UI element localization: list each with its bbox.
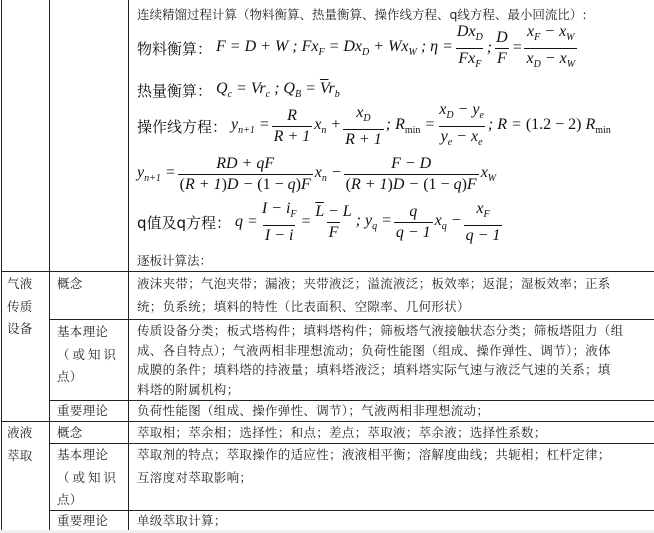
formula-part: xn + bbox=[314, 116, 341, 136]
row-type-concept: 概念 bbox=[57, 273, 83, 296]
document-page: 连续精馏过程计算（物料衡算、热量衡算、操作线方程、q线方程、最小回流比）: 物料… bbox=[0, 0, 654, 533]
stripping-line-formula: yn+1 = RD + qF(R + 1)D − (1 − q)F xn − F… bbox=[137, 152, 496, 196]
row-type-key-theory: 重要理论 bbox=[57, 400, 108, 423]
fraction: xF − xWxD − xW bbox=[524, 22, 577, 75]
operating-line-label: 操作线方程： bbox=[137, 116, 227, 137]
formula-part: xn − bbox=[315, 164, 342, 184]
basic-theory-content: 传质设备分类；板式塔构件；填料塔构件；筛板塔气液接触状态分类；筛板塔阻力（组 成… bbox=[137, 321, 623, 399]
formula-part: ; bbox=[487, 39, 492, 57]
formula-part: = bbox=[512, 39, 523, 57]
formula-part: Qc = Vrc ; QB = Vrb bbox=[216, 80, 340, 100]
category-gas-liquid-equipment: 气液 传质 设备 bbox=[7, 273, 33, 341]
fraction: xDR + 1 bbox=[343, 103, 384, 150]
operating-line-formula: 操作线方程： yn+1 = RR + 1 xn + xDR + 1 ; Rmin… bbox=[137, 104, 611, 148]
row-border bbox=[49, 319, 654, 320]
category-liquid-liquid-extraction: 液液 萃取 bbox=[7, 422, 33, 467]
fraction: I − iFI − i bbox=[260, 199, 299, 246]
concept-content: 萃取相；萃余相；选择性；和点；差点；萃取液；萃余液；选择性系数； bbox=[137, 422, 547, 445]
fraction: DxDFxF bbox=[455, 22, 485, 75]
fraction: L − LF bbox=[313, 202, 353, 243]
fraction: xFq − 1 bbox=[464, 199, 503, 246]
continuous-distillation-intro: 连续精馏过程计算（物料衡算、热量衡算、操作线方程、q线方程、最小回流比）: bbox=[137, 5, 587, 23]
formula-part: yn+1 = bbox=[231, 116, 270, 136]
fraction: F − D(R + 1)D − (1 − q)F bbox=[344, 154, 479, 195]
q-line-formula: q值及q方程： q = I − iFI − i = L − LF ; yq = … bbox=[137, 200, 504, 244]
formula-part: ; yq = bbox=[356, 212, 392, 232]
table-left-border bbox=[1, 0, 2, 530]
basic-theory-content: 萃取剂的特点；萃取操作的适应性；液液相平衡；溶解度曲线；共轭相；杠杆定律； 互溶… bbox=[137, 444, 611, 489]
fraction: xD − yeye − xe bbox=[437, 100, 486, 153]
column-divider-1 bbox=[49, 0, 50, 530]
formula-part: ; R = (1.2 − 2) Rmin bbox=[488, 116, 611, 136]
formula-part: yn+1 = bbox=[137, 164, 176, 184]
formula-part: xq − bbox=[435, 212, 462, 232]
row-type-basic-theory: 基本理论 （或知识 点） bbox=[57, 321, 119, 389]
key-theory-content: 负荷性能图（组成、操作弹性、调节）；气液两相非理想流动； bbox=[137, 400, 489, 423]
row-type-concept: 概念 bbox=[57, 422, 83, 445]
row-type-basic-theory: 基本理论 （或知识 点） bbox=[57, 444, 119, 512]
material-balance-label: 物料衡算： bbox=[137, 38, 212, 59]
fraction: DF bbox=[494, 28, 510, 69]
stepwise-calculation-text: 逐板计算法： bbox=[137, 251, 212, 269]
formula-part: xW bbox=[481, 164, 496, 184]
heat-balance-formula: 热量衡算： Qc = Vrc ; QB = Vrb bbox=[137, 78, 340, 102]
formula-part: = bbox=[301, 213, 312, 231]
formula-part: ; Rmin = bbox=[386, 116, 435, 136]
column-divider-2 bbox=[128, 0, 129, 530]
q-line-label: q值及q方程： bbox=[137, 212, 231, 233]
row-border bbox=[1, 271, 654, 272]
heat-balance-label: 热量衡算： bbox=[137, 80, 212, 101]
fraction: RD + qF(R + 1)D − (1 − q)F bbox=[178, 154, 313, 195]
formula-part: F = D + W ; FxF = DxD + WxW ; η = bbox=[216, 38, 453, 58]
formula-part: q = bbox=[235, 213, 258, 231]
concept-content: 液沫夹带；气泡夹带；漏液；夹带液泛；溢流液泛；板效率；返混；湿板效率；正系 统；… bbox=[137, 273, 611, 318]
material-balance-formula: 物料衡算： F = D + W ; FxF = DxD + WxW ; η = … bbox=[137, 26, 579, 70]
fraction: qq − 1 bbox=[394, 202, 433, 243]
fraction: RR + 1 bbox=[272, 106, 313, 147]
